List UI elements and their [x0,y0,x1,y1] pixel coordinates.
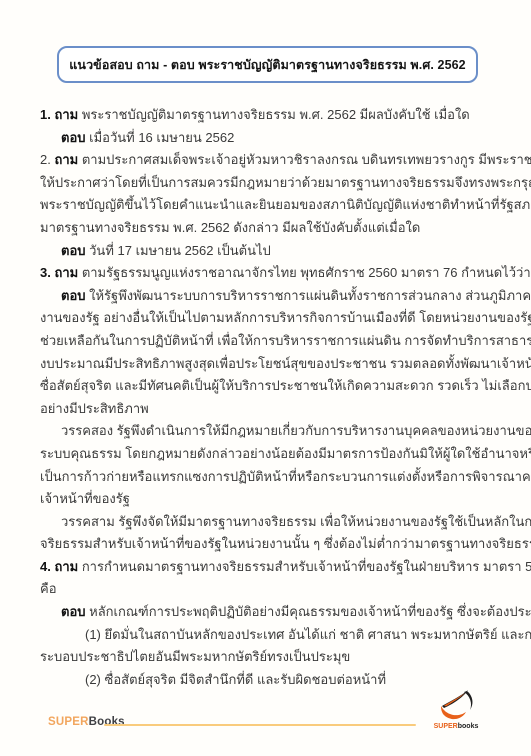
text-line: ช่วยเหลือกันในการปฏิบัติหน้าที่ เพื่อให้… [40,330,500,353]
footer-brand-left: SUPERBooks [48,716,125,728]
text-line: ตอบ เมื่อวันที่ 16 เมษายน 2562 [40,127,500,150]
line-text: งบประมาณมีประสิทธิภาพสูงสุดเพื่อประโยชน์… [40,356,531,371]
line-text: ให้ประกาศว่าโดยที่เป็นการสมควรมีกฎหมายว่… [40,175,531,190]
superbooks-logo-text: SUPERbooks [425,723,487,730]
line-text: (1) ยึดมั่นในสถาบันหลักของประเทศ อันได้แ… [85,627,531,642]
line-text: ระบบคุณธรรม โดยกฎหมายดังกล่าวอย่างน้อยต้… [40,446,531,461]
text-line: งบประมาณมีประสิทธิภาพสูงสุดเพื่อประโยชน์… [40,353,500,376]
text-line: คือ [40,578,500,601]
text-line: 4. ถาม การกำหนดมาตรฐานทางจริยธรรมสำหรับเ… [40,556,500,579]
line-text: วรรคสอง รัฐพึงดำเนินการให้มีกฎหมายเกี่ยว… [61,423,531,438]
line-text: ระบอบประชาธิปไตยอันมีพระมหากษัตริย์ทรงเป… [40,649,350,664]
superbooks-swoosh-icon [425,688,487,722]
line-text: เจ้าหน้าที่ของรัฐ [40,491,130,506]
page-footer: SUPERBooks SUPERbooks [0,686,531,756]
line-text: อย่างมีประสิทธิภาพ [40,401,149,416]
line-text: จริยธรรมสำหรับเจ้าหน้าที่ของรัฐในหน่วยงา… [40,536,531,551]
text-line: วรรคสาม รัฐพึงจัดให้มีมาตรฐานทางจริยธรรม… [40,511,500,534]
logo-text-books: books [458,723,479,730]
footer-brand-super: SUPER [48,716,89,728]
line-text: ช่วยเหลือกันในการปฏิบัติหน้าที่ เพื่อให้… [40,333,531,348]
line-bold-label: 4. ถาม [40,559,78,574]
page-title: แนวข้อสอบ ถาม - ตอบ พระราชบัญญัติมาตรฐาน… [69,55,465,75]
text-line: ให้ประกาศว่าโดยที่เป็นการสมควรมีกฎหมายว่… [40,172,500,195]
line-number: 2. [40,152,54,167]
text-line: มาตรฐานทางจริยธรรม พ.ศ. 2562 ดังกล่าว มี… [40,217,500,240]
text-line: พระราชบัญญัติขึ้นไว้โดยคำแนะนำและยินยอมข… [40,194,500,217]
document-page: แนวข้อสอบ ถาม - ตอบ พระราชบัญญัติมาตรฐาน… [0,0,531,756]
line-bold-label: ตอบ [61,604,86,619]
text-line: เจ้าหน้าที่ของรัฐ [40,488,500,511]
text-line: วรรคสอง รัฐพึงดำเนินการให้มีกฎหมายเกี่ยว… [40,420,500,443]
line-text: ซื่อสัตย์สุจริต และมีทัศนคติเป็นผู้ให้บร… [40,378,531,393]
superbooks-logo: SUPERbooks [425,688,487,736]
text-line: งานของรัฐ อย่างอื่นให้เป็นไปตามหลักการบร… [40,307,500,330]
line-text: วรรคสาม รัฐพึงจัดให้มีมาตรฐานทางจริยธรรม… [61,514,531,529]
line-bold-label: ตอบ [61,130,86,145]
line-bold-label: 1. ถาม [40,107,78,122]
text-line: (1) ยึดมั่นในสถาบันหลักของประเทศ อันได้แ… [40,624,500,647]
line-text: เมื่อวันที่ 16 เมษายน 2562 [86,130,235,145]
line-text: การกำหนดมาตรฐานทางจริยธรรมสำหรับเจ้าหน้า… [78,559,531,574]
line-text: ตามประกาศสมเด็จพระเจ้าอยู่หัวมหาวชิราลงก… [78,152,531,167]
text-line: ระบบคุณธรรม โดยกฎหมายดังกล่าวอย่างน้อยต้… [40,443,500,466]
line-text: (2) ซื่อสัตย์สุจริต มีจิตสำนึกที่ดี และร… [85,672,386,687]
footer-brand-books: Books [89,716,125,728]
line-text: คือ [40,581,57,596]
line-bold-label: 3. ถาม [40,265,78,280]
line-text: พระราชบัญญัติมาตรฐานทางจริยธรรม พ.ศ. 256… [78,107,470,122]
text-line: 1. ถาม พระราชบัญญัติมาตรฐานทางจริยธรรม พ… [40,104,500,127]
line-text: พระราชบัญญัติขึ้นไว้โดยคำแนะนำและยินยอมข… [40,197,531,212]
line-text: ตามรัฐธรรมนูญแห่งราชอาณาจักรไทย พุทธศักร… [78,265,531,280]
text-line: 3. ถาม ตามรัฐธรรมนูญแห่งราชอาณาจักรไทย พ… [40,262,500,285]
document-body: 1. ถาม พระราชบัญญัติมาตรฐานทางจริยธรรม พ… [40,104,500,691]
text-line: ตอบ ให้รัฐพึงพัฒนาระบบการบริหารราชการแผ่… [40,285,500,308]
line-text: ให้รัฐพึงพัฒนาระบบการบริหารราชการแผ่นดิน… [86,288,531,303]
line-text: เป็นการก้าวก่ายหรือแทรกแซงการปฏิบัติหน้า… [40,469,531,484]
text-line: เป็นการก้าวก่ายหรือแทรกแซงการปฏิบัติหน้า… [40,466,500,489]
line-bold-label: ถาม [54,152,78,167]
line-text: หลักเกณฑ์การประพฤติปฏิบัติอย่างมีคุณธรรม… [86,604,531,619]
line-bold-label: ตอบ [61,243,86,258]
line-text: งานของรัฐ อย่างอื่นให้เป็นไปตามหลักการบร… [40,310,531,325]
text-line: ระบอบประชาธิปไตยอันมีพระมหากษัตริย์ทรงเป… [40,646,500,669]
logo-text-super: SUPER [434,723,458,730]
text-line: 2. ถาม ตามประกาศสมเด็จพระเจ้าอยู่หัวมหาว… [40,149,500,172]
line-text: มาตรฐานทางจริยธรรม พ.ศ. 2562 ดังกล่าว มี… [40,220,420,235]
text-line: ตอบ วันที่ 17 เมษายน 2562 เป็นต้นไป [40,240,500,263]
line-text: วันที่ 17 เมษายน 2562 เป็นต้นไป [86,243,271,258]
text-line: ตอบ หลักเกณฑ์การประพฤติปฏิบัติอย่างมีคุณ… [40,601,500,624]
text-line: จริยธรรมสำหรับเจ้าหน้าที่ของรัฐในหน่วยงา… [40,533,500,556]
line-bold-label: ตอบ [61,288,86,303]
text-line: ซื่อสัตย์สุจริต และมีทัศนคติเป็นผู้ให้บร… [40,375,500,398]
footer-divider [104,724,416,726]
title-box: แนวข้อสอบ ถาม - ตอบ พระราชบัญญัติมาตรฐาน… [57,46,478,83]
text-line: อย่างมีประสิทธิภาพ [40,398,500,421]
